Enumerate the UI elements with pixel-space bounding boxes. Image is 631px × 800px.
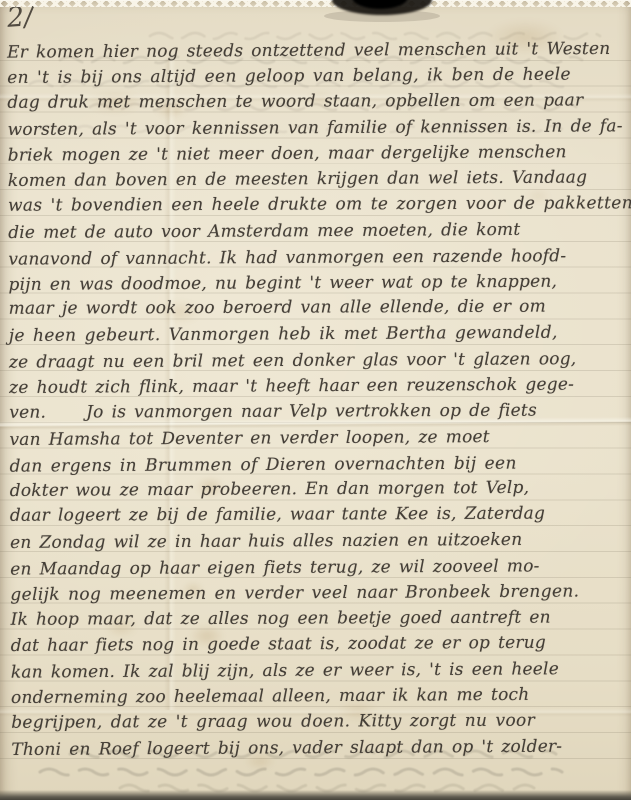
handwritten-line: begrijpen, dat ze 't graag wou doen. Kit… xyxy=(11,708,631,736)
handwritten-line: komen dan boven en de meesten krijgen da… xyxy=(8,165,629,195)
handwritten-line: die met de auto voor Amsterdam mee moete… xyxy=(8,217,629,247)
handwritten-line: dan ergens in Brummen of Dieren overnach… xyxy=(10,450,631,480)
handwritten-line: daar logeert ze bij de familie, waar tan… xyxy=(10,501,631,529)
scan-bottom-edge xyxy=(0,790,631,800)
handwritten-line: was 't bovendien een heele drukte om te … xyxy=(8,191,629,219)
handwritten-line: en Zondag wil ze in haar huis alles nazi… xyxy=(10,527,631,557)
handwritten-line: Thoni en Roef logeert bij ons, vader sla… xyxy=(11,734,631,764)
letter-body: Er komen hier nog steeds ontzettend veel… xyxy=(7,36,631,763)
deckle-edge xyxy=(0,0,631,7)
handwritten-line: ven. Jo is vanmorgen naar Velp vertrokke… xyxy=(9,398,630,426)
scanned-letter-page: 2/ Er komen hier nog steeds ontzettend v… xyxy=(0,0,631,800)
handwritten-line: worsten, als 't voor kennissen van famil… xyxy=(7,114,628,144)
handwritten-line: en 't is bij ons altijd een geloop van b… xyxy=(7,62,628,92)
handwritten-line: van Hamsha tot Deventer en verder loopen… xyxy=(9,424,630,454)
handwritten-line: onderneming zoo heelemaal alleen, maar i… xyxy=(11,682,631,712)
handwritten-line: Ik hoop maar, dat ze alles nog een beetj… xyxy=(10,605,631,633)
handwritten-line: gelijk nog meenemen en verder veel naar … xyxy=(10,579,631,609)
handwritten-line: je heen gebeurt. Vanmorgen heb ik met Be… xyxy=(9,320,630,350)
handwritten-line: en Maandag op haar eigen fiets terug, ze… xyxy=(10,554,631,584)
handwritten-line: maar je wordt ook zoo beroerd van alle e… xyxy=(9,295,630,323)
handwritten-line: vanavond of vannacht. Ik had vanmorgen e… xyxy=(8,244,629,274)
handwritten-line: dag druk met menschen te woord staan, op… xyxy=(7,88,628,116)
handwritten-line: Er komen hier nog steeds ontzettend veel… xyxy=(7,37,628,67)
handwritten-line: briek mogen ze 't niet meer doen, maar d… xyxy=(8,140,629,170)
handwritten-line: dat haar fiets nog in goede staat is, zo… xyxy=(11,631,631,661)
handwritten-line: ze draagt nu een bril met een donker gla… xyxy=(9,347,630,377)
handwritten-line: kan komen. Ik zal blij zijn, als ze er w… xyxy=(11,657,631,687)
handwritten-line: ze houdt zich flink, maar 't heeft haar … xyxy=(9,372,630,402)
